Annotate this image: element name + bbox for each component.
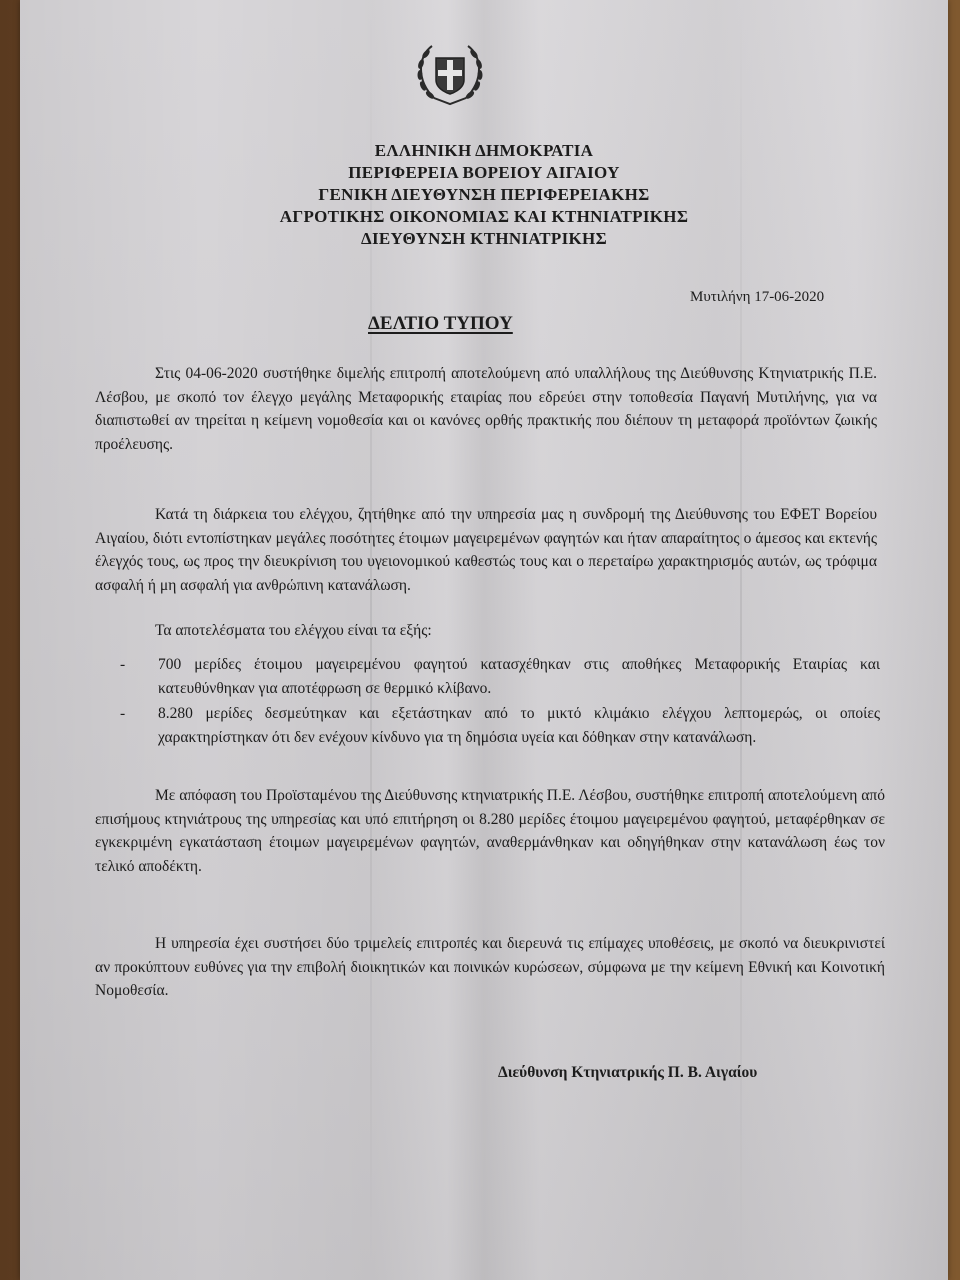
list-item-text: 8.280 μερίδες δεσμεύτηκαν και εξετάστηκα… — [158, 705, 880, 746]
signature: Διεύθυνση Κτηνιατρικής Π. Β. Αιγαίου — [498, 1064, 757, 1082]
place-and-date: Μυτιλήνη 17-06-2020 — [690, 289, 824, 306]
paragraph-inspection: Στις 04-06-2020 συστήθηκε διμελής επιτρο… — [95, 362, 877, 456]
paragraph-closing: Η υπηρεσία έχει συστήσει δύο τριμελείς ε… — [95, 932, 885, 1003]
paragraph-decision: Με απόφαση του Προϊσταμένου της Διεύθυνσ… — [95, 784, 885, 878]
list-item: - 8.280 μερίδες δεσμεύτηκαν και εξετάστη… — [120, 702, 880, 749]
header-line: ΔΙΕΥΘΥΝΣΗ ΚΤΗΝΙΑΤΡΙΚΗΣ — [20, 228, 948, 250]
bullet-dash: - — [120, 653, 125, 677]
paragraph-efet-assistance: Κατά τη διάρκεια του ελέγχου, ζητήθηκε α… — [95, 503, 877, 597]
list-item-text: 700 μερίδες έτοιμου μαγειρεμένου φαγητού… — [158, 656, 880, 697]
bullet-dash: - — [120, 702, 125, 726]
paragraph-results-intro: Τα αποτελέσματα του ελέγχου είναι τα εξή… — [95, 619, 877, 643]
issuing-authority-header: ΕΛΛΗΝΙΚΗ ΔΗΜΟΚΡΑΤΙΑ ΠΕΡΙΦΕΡΕΙΑ ΒΟΡΕΙΟΥ Α… — [20, 140, 948, 250]
header-line: ΓΕΝΙΚΗ ΔΙΕΥΘΥΝΣΗ ΠΕΡΙΦΕΡΕΙΑΚΗΣ — [20, 184, 948, 206]
header-line: ΑΓΡΟΤΙΚΗΣ ΟΙΚΟΝΟΜΙΑΣ ΚΑΙ ΚΤΗΝΙΑΤΡΙΚΗΣ — [20, 206, 948, 228]
document-title: ΔΕΛΤΙΟ ΤΥΠΟΥ — [368, 313, 513, 335]
header-line: ΕΛΛΗΝΙΚΗ ΔΗΜΟΚΡΑΤΙΑ — [20, 140, 948, 162]
press-release-sheet: ΕΛΛΗΝΙΚΗ ΔΗΜΟΚΡΑΤΙΑ ΠΕΡΙΦΕΡΕΙΑ ΒΟΡΕΙΟΥ Α… — [20, 0, 948, 1280]
header-line: ΠΕΡΙΦΕΡΕΙΑ ΒΟΡΕΙΟΥ ΑΙΓΑΙΟΥ — [20, 162, 948, 184]
results-list: - 700 μερίδες έτοιμου μαγειρεμένου φαγητ… — [120, 653, 880, 751]
greek-coat-of-arms-icon — [412, 40, 488, 108]
list-item: - 700 μερίδες έτοιμου μαγειρεμένου φαγητ… — [120, 653, 880, 700]
